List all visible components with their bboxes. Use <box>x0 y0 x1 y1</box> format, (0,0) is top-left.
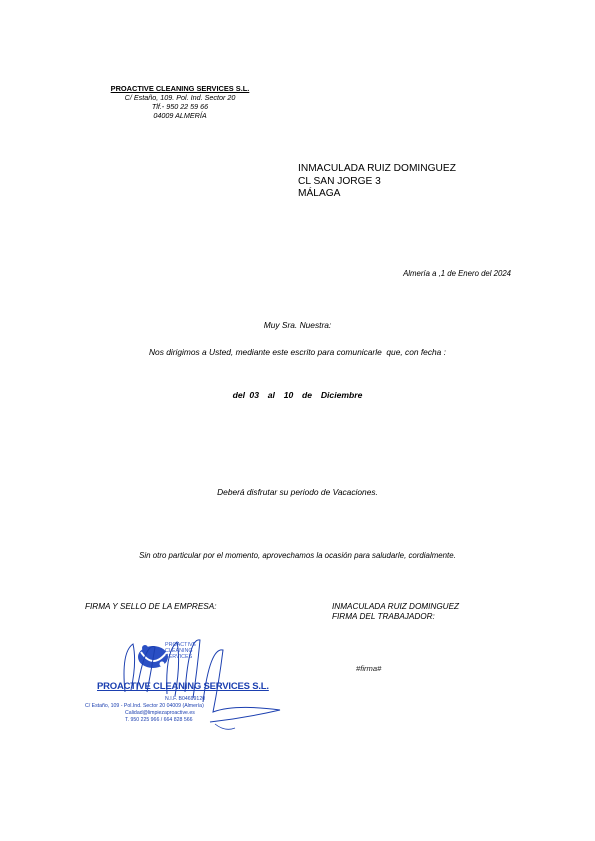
vacation-period: del 03 al 10 de Diciembre <box>0 390 595 400</box>
sender-address-block: PROACTIVE CLEANING SERVICES S.L. C/ Esta… <box>95 84 265 120</box>
handwritten-signature-icon <box>85 632 295 742</box>
worker-signature-block: INMACULADA RUIZ DOMINGUEZ FIRMA DEL TRAB… <box>332 602 459 622</box>
sender-address-line: C/ Estaño, 109. Pol. Ind. Sector 20 <box>95 93 265 102</box>
company-signature-label: FIRMA Y SELLO DE LA EMPRESA: <box>85 602 217 611</box>
recipient-street: CL SAN JORGE 3 <box>298 176 456 189</box>
salutation: Muy Sra. Nuestra: <box>0 320 595 330</box>
letter-date: Almería a ,1 de Enero del 2024 <box>403 269 511 278</box>
worker-name: INMACULADA RUIZ DOMINGUEZ <box>332 602 459 612</box>
worker-signature-label: FIRMA DEL TRABAJADOR: <box>332 612 459 622</box>
recipient-city: MÁLAGA <box>298 188 456 201</box>
recipient-name: INMACULADA RUIZ DOMINGUEZ <box>298 163 456 176</box>
intro-paragraph: Nos dirigimos a Usted, mediante este esc… <box>0 347 595 357</box>
company-stamp: PROACTIVE CLEANING SERVICES PROACTIVE CL… <box>85 632 295 742</box>
sender-phone: Tlf.- 950 22 59 66 <box>95 102 265 111</box>
sender-company-name: PROACTIVE CLEANING SERVICES S.L. <box>95 84 265 93</box>
closing-paragraph: Sin otro particular por el momento, apro… <box>0 551 595 560</box>
worker-signature-placeholder: #firma# <box>356 664 381 673</box>
recipient-address-block: INMACULADA RUIZ DOMINGUEZ CL SAN JORGE 3… <box>298 163 456 201</box>
vacation-statement: Deberá disfrutar su periodo de Vacacione… <box>0 487 595 497</box>
sender-postal-city: 04009 ALMERÍA <box>95 111 265 120</box>
